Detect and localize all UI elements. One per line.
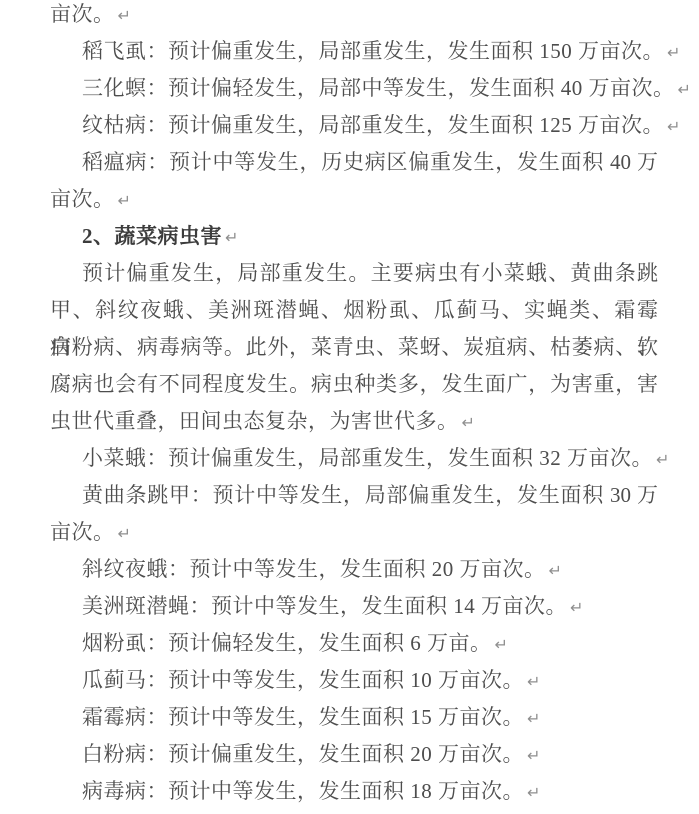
line-text: 稻飞虱：预计偏重发生，局部重发生，发生面积 150 万亩次。 <box>82 39 664 63</box>
text-line: 霜霉病：预计中等发生，发生面积 15 万亩次。↵ <box>50 699 658 736</box>
text-line: 稻飞虱：预计偏重发生，局部重发生，发生面积 150 万亩次。↵ <box>50 33 658 70</box>
line-text: 亩次。 <box>50 2 115 26</box>
line-text: 烟粉虱：预计偏轻发生，发生面积 6 万亩。 <box>82 631 492 655</box>
line-text: 虫世代重叠，田间虫态复杂，为害世代多。 <box>50 409 459 433</box>
paragraph-mark-icon: ↵ <box>656 450 670 469</box>
line-text: 纹枯病：预计偏重发生，局部重发生，发生面积 125 万亩次。 <box>82 113 664 137</box>
line-text: 白粉病：预计偏重发生，发生面积 20 万亩次。 <box>82 742 524 766</box>
text-line: 美洲斑潜蝇：预计中等发生，发生面积 14 万亩次。↵ <box>50 588 658 625</box>
line-text: 病毒病：预计中等发生，发生面积 18 万亩次。 <box>82 779 524 803</box>
text-line: 亩次。↵ <box>50 514 658 551</box>
paragraph-mark-icon: ↵ <box>527 672 541 691</box>
text-line: 稻瘟病：预计中等发生，历史病区偏重发生，发生面积 40 万 <box>50 144 658 181</box>
line-text: 斜纹夜蛾：预计中等发生，发生面积 20 万亩次。 <box>82 557 546 581</box>
line-text: 瓜蓟马：预计中等发生，发生面积 10 万亩次。 <box>82 668 524 692</box>
section-heading: 2、蔬菜病虫害↵ <box>50 218 658 255</box>
text-line: 三化螟：预计偏轻发生，局部中等发生，发生面积 40 万亩次。↵ <box>50 70 658 107</box>
line-text: 白粉病、病毒病等。此外，菜青虫、菜蚜、炭疽病、枯萎病、软 <box>50 335 658 359</box>
text-line: 病毒病：预计中等发生，发生面积 18 万亩次。↵ <box>50 773 658 810</box>
paragraph-mark-icon: ↵ <box>667 43 681 62</box>
paragraph-mark-icon: ↵ <box>118 191 132 210</box>
paragraph-mark-icon: ↵ <box>462 413 476 432</box>
line-text: 霜霉病：预计中等发生，发生面积 15 万亩次。 <box>82 705 524 729</box>
line-text: 2、蔬菜病虫害 <box>82 224 222 248</box>
text-line: 预计偏重发生，局部重发生。主要病虫有小菜蛾、黄曲条跳 <box>50 255 658 292</box>
line-text: 亩次。 <box>50 187 115 211</box>
text-line: 白粉病：预计偏重发生，发生面积 20 万亩次。↵ <box>50 736 658 773</box>
line-text: 亩次。 <box>50 520 115 544</box>
text-line: 腐病也会有不同程度发生。病虫种类多，发生面广，为害重，害 <box>50 366 658 403</box>
text-line: 瓜蓟马：预计中等发生，发生面积 10 万亩次。↵ <box>50 662 658 699</box>
text-line: 亩次。↵ <box>50 181 658 218</box>
text-line: 小菜蛾：预计偏重发生，局部重发生，发生面积 32 万亩次。↵ <box>50 440 658 477</box>
text-line: 黄曲条跳甲：预计中等发生，局部偏重发生，发生面积 30 万 <box>50 477 658 514</box>
text-line: 亩次。↵ <box>50 0 658 33</box>
line-text: 腐病也会有不同程度发生。病虫种类多，发生面广，为害重，害 <box>50 372 658 396</box>
paragraph-mark-icon: ↵ <box>678 80 692 99</box>
paragraph-mark-icon: ↵ <box>527 746 541 765</box>
text-line: 烟粉虱：预计偏轻发生，发生面积 6 万亩。↵ <box>50 625 658 662</box>
text-line: 虫世代重叠，田间虫态复杂，为害世代多。↵ <box>50 403 658 440</box>
line-text: 三化螟：预计偏轻发生，局部中等发生，发生面积 40 万亩次。 <box>82 76 675 100</box>
line-text: 黄曲条跳甲：预计中等发生，局部偏重发生，发生面积 30 万 <box>82 483 658 507</box>
text-line: 斜纹夜蛾：预计中等发生，发生面积 20 万亩次。↵ <box>50 551 658 588</box>
text-line: 甲、斜纹夜蛾、美洲斑潜蝇、烟粉虱、瓜蓟马、实蝇类、霜霉病、 <box>50 292 658 329</box>
paragraph-mark-icon: ↵ <box>570 598 584 617</box>
paragraph-mark-icon: ↵ <box>549 561 563 580</box>
paragraph-mark-icon: ↵ <box>527 783 541 802</box>
paragraph-mark-icon: ↵ <box>495 635 509 654</box>
text-line: 纹枯病：预计偏重发生，局部重发生，发生面积 125 万亩次。↵ <box>50 107 658 144</box>
paragraph-mark-icon: ↵ <box>118 524 132 543</box>
paragraph-mark-icon: ↵ <box>527 709 541 728</box>
text-line: 白粉病、病毒病等。此外，菜青虫、菜蚜、炭疽病、枯萎病、软 <box>50 329 658 366</box>
document-page: 亩次。↵稻飞虱：预计偏重发生，局部重发生，发生面积 150 万亩次。↵三化螟：预… <box>50 0 658 810</box>
line-text: 小菜蛾：预计偏重发生，局部重发生，发生面积 32 万亩次。 <box>82 446 653 470</box>
paragraph-mark-icon: ↵ <box>667 117 681 136</box>
line-text: 预计偏重发生，局部重发生。主要病虫有小菜蛾、黄曲条跳 <box>82 261 658 285</box>
paragraph-mark-icon: ↵ <box>225 228 239 247</box>
paragraph-mark-icon: ↵ <box>118 6 132 25</box>
line-text: 美洲斑潜蝇：预计中等发生，发生面积 14 万亩次。 <box>82 594 567 618</box>
line-text: 稻瘟病：预计中等发生，历史病区偏重发生，发生面积 40 万 <box>82 150 658 174</box>
